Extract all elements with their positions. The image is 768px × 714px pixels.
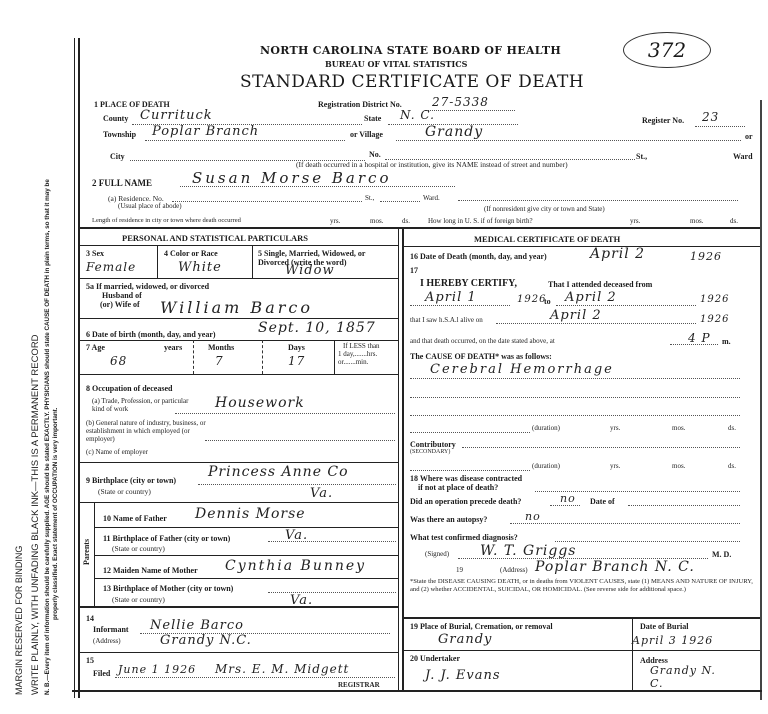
birthplace-label: 9 Birthplace (city or town) xyxy=(86,476,176,485)
duration-label: (duration) xyxy=(532,424,560,432)
row-divider xyxy=(80,340,398,341)
residence-ward-label: Ward. xyxy=(423,194,440,202)
duration-ds-label: ds. xyxy=(728,424,736,432)
marital-value: Widow xyxy=(285,263,335,278)
header-board: NORTH CAROLINA STATE BOARD OF HEALTH xyxy=(260,44,561,57)
certify-label: I HEREBY CERTIFY, xyxy=(420,278,517,289)
margin-note-text: N. B.—Every item of information should b… xyxy=(44,179,51,695)
frame-border-left-inner xyxy=(78,38,80,698)
contributory-label: Contributory xyxy=(410,440,456,449)
section-divider xyxy=(80,227,760,229)
bottom-border xyxy=(72,690,762,692)
sex-label: 3 Sex xyxy=(86,249,104,258)
filed-label: Filed xyxy=(93,669,110,678)
cell-divider xyxy=(252,245,253,278)
contracted-label: 18 Where was disease contracted xyxy=(410,474,522,483)
dob-label: 6 Date of birth (month, day, and year) xyxy=(86,330,216,339)
duration-yrs-label: yrs. xyxy=(610,424,620,432)
sex-value: Female xyxy=(86,260,136,274)
birthplace-state-label: (State or country) xyxy=(98,487,151,496)
margin-note-text-2: properly classified. Exact statement of … xyxy=(52,407,59,620)
age-months-label: Months xyxy=(208,343,234,352)
hospital-note: (If death occurred in a hospital or inst… xyxy=(296,160,568,169)
time-m-label: m. xyxy=(722,337,731,346)
race-label: 4 Color or Race xyxy=(164,249,218,258)
certify-text: That I attended deceased from xyxy=(548,280,652,289)
informant-value: Nellie Barco xyxy=(150,618,244,633)
ward-label: Ward xyxy=(733,152,753,161)
attended-from-value: April 1 xyxy=(425,290,477,305)
mother-label: 12 Maiden Name of Mother xyxy=(103,566,198,575)
age-label: 7 Age xyxy=(86,343,105,352)
burial-date-label: Date of Burial xyxy=(640,622,688,631)
column-divider-inner xyxy=(398,229,399,691)
certificate-number: 372 xyxy=(623,32,711,68)
informant-address-label: (Address) xyxy=(93,637,121,645)
full-name-value: Susan Morse Barco xyxy=(192,169,391,187)
undertaker-value: J. J. Evans xyxy=(425,668,501,683)
residence-sub-label: (Usual place of abode) xyxy=(118,202,182,210)
employer-label: (c) Name of employer xyxy=(86,448,148,456)
row-divider xyxy=(80,462,398,463)
row-divider xyxy=(80,278,398,279)
column-divider xyxy=(402,229,404,691)
margin-binding-text: MARGIN RESERVED FOR BINDING xyxy=(14,546,24,695)
contracted-label-2: if not at place of death? xyxy=(418,483,498,492)
st-label: St., xyxy=(636,152,647,161)
duration2-label: (duration) xyxy=(532,462,560,470)
cell-divider xyxy=(262,340,263,374)
state-label: State xyxy=(364,114,381,123)
cause-footnote: *State the DISEASE CAUSING DEATH, or in … xyxy=(410,578,755,594)
duration2-yrs-label: yrs. xyxy=(610,462,620,470)
row-divider xyxy=(94,578,398,579)
husband-of-label: Husband of xyxy=(102,291,142,300)
death-year-value: 1926 xyxy=(690,250,722,263)
cause-value: Cerebral Hemorrhage xyxy=(430,362,614,377)
occupation-value: Housework xyxy=(215,395,305,411)
occupation-a-label: (a) Trade, Profession, or particular kin… xyxy=(92,397,192,413)
birthplace-state-value: Va. xyxy=(310,486,333,501)
autopsy-value: no xyxy=(525,510,541,523)
informant-number: 14 xyxy=(86,614,94,623)
register-no-label: Register No. xyxy=(642,116,684,125)
age-months-value: 7 xyxy=(215,354,224,368)
binding-margin: MARGIN RESERVED FOR BINDING WRITE PLAINL… xyxy=(0,0,80,714)
cell-divider xyxy=(632,617,633,690)
registration-district-value: 27-5338 xyxy=(432,95,489,109)
occupation-b-label: (b) General nature of industry, business… xyxy=(86,419,206,443)
length-residence-label: Length of residence in city or town wher… xyxy=(92,217,241,224)
father-label: 10 Name of Father xyxy=(103,514,167,523)
state-value: N. C. xyxy=(400,108,435,122)
nonresident-note: (If nonresident give city or town and St… xyxy=(484,205,605,213)
informant-address-value: Grandy N.C. xyxy=(160,633,252,648)
cause-label: The CAUSE OF DEATH* was as follows: xyxy=(410,352,552,361)
length-mos-label: mos. xyxy=(370,217,383,225)
burial-place-label: 19 Place of Burial, Cremation, or remova… xyxy=(410,622,553,631)
test-label: What test confirmed diagnosis? xyxy=(410,533,518,542)
row-divider xyxy=(80,606,398,608)
foreign-mos-label: mos. xyxy=(690,217,703,225)
burial-place-value: Grandy xyxy=(438,632,492,647)
physician-date-19: 19 xyxy=(456,566,463,574)
row-divider xyxy=(80,245,398,246)
autopsy-label: Was there an autopsy? xyxy=(410,515,487,524)
burial-date-value: April 3 1926 xyxy=(632,634,713,647)
city-label: City xyxy=(110,152,125,161)
parents-divider xyxy=(94,502,95,606)
length-yrs-label: yrs. xyxy=(330,217,340,225)
foreign-birth-label: How long in U. S. if of foreign birth? xyxy=(428,217,533,225)
father-value: Dennis Morse xyxy=(195,506,306,522)
attended-from-year: 1926 xyxy=(517,294,546,305)
time-value: 4 P xyxy=(688,331,711,345)
physician-address-value: Poplar Branch N. C. xyxy=(535,559,695,575)
father-birthplace-sub-label: (State or country) xyxy=(112,544,165,553)
margin-write-plainly-text: WRITE PLAINLY, WITH UNFADING BLACK INK—T… xyxy=(30,334,41,695)
filed-number: 15 xyxy=(86,656,94,665)
wife-of-label: (or) Wife of xyxy=(100,300,140,309)
row-divider xyxy=(94,527,398,528)
row-divider xyxy=(80,652,398,653)
less-min-label: or.......min. xyxy=(338,358,368,366)
parents-label: Parents xyxy=(82,539,91,565)
foreign-ds-label: ds. xyxy=(730,217,738,225)
medical-section-title: MEDICAL CERTIFICATE OF DEATH xyxy=(474,234,620,244)
frame-border-left xyxy=(74,38,75,698)
race-value: White xyxy=(178,260,222,275)
residence-st-label: St., xyxy=(365,194,374,202)
signed-label: (Signed) xyxy=(425,550,449,558)
row-divider xyxy=(80,374,398,375)
age-days-label: Days xyxy=(288,343,305,352)
row-divider xyxy=(404,617,760,619)
saw-alive-value: April 2 xyxy=(550,308,602,323)
physician-address-label: (Address) xyxy=(500,566,528,574)
age-years-label: years xyxy=(164,343,182,352)
age-years-value: 68 xyxy=(110,354,127,368)
occupation-label: 8 Occupation of deceased xyxy=(86,384,172,393)
saw-alive-year: 1926 xyxy=(700,314,729,325)
registrar-value: Mrs. E. M. Midgett xyxy=(215,662,349,676)
spouse-label: 5a If married, widowed, or divorced xyxy=(86,282,209,291)
length-ds-label: ds. xyxy=(402,217,410,225)
cell-divider xyxy=(334,340,335,374)
less-hrs-label: 1 day,.......hrs. xyxy=(338,350,377,358)
township-label: Township xyxy=(103,130,136,139)
saw-alive-label: that I saw h.S.A.l alive on xyxy=(410,316,483,324)
filed-date-value: June 1 1926 xyxy=(118,663,196,676)
or-label: or xyxy=(745,132,753,141)
undertaker-address-value: Grandy N. C. xyxy=(650,664,730,690)
operation-value: no xyxy=(560,492,576,505)
row-divider xyxy=(80,318,398,319)
death-date-label: 16 Date of Death (month, day, and year) xyxy=(410,252,547,261)
county-label: County xyxy=(103,114,128,123)
item-17-label: 17 xyxy=(410,266,418,275)
attended-to-value: April 2 xyxy=(565,290,617,305)
register-no-value: 23 xyxy=(702,110,719,124)
secondary-label: (SECONDARY) xyxy=(410,449,450,455)
birthplace-city-value: Princess Anne Co xyxy=(208,464,349,480)
to-label: to xyxy=(544,297,551,306)
county-value: Currituck xyxy=(140,108,213,123)
father-birthplace-label: 11 Birthplace of Father (city or town) xyxy=(103,534,230,543)
duration2-mos-label: mos. xyxy=(672,462,685,470)
death-date-value: April 2 xyxy=(590,246,645,262)
mother-birthplace-sub-label: (State or country) xyxy=(112,595,165,604)
md-label: M. D. xyxy=(712,550,731,559)
undertaker-label: 20 Undertaker xyxy=(410,654,460,663)
physician-signature: W. T. Griggs xyxy=(480,543,577,559)
informant-label: Informant xyxy=(93,625,129,634)
header-bureau: BUREAU OF VITAL STATISTICS xyxy=(325,59,467,69)
operation-label: Did an operation precede death? xyxy=(410,497,521,506)
cell-divider xyxy=(157,245,158,278)
mother-value: Cynthia Bunney xyxy=(225,558,366,574)
registrar-label: REGISTRAR xyxy=(338,681,380,689)
less-than-label: If LESS than xyxy=(343,342,380,350)
village-label: or Village xyxy=(350,130,383,139)
full-name-label: 2 FULL NAME xyxy=(92,178,152,188)
dob-value: Sept. 10, 1857 xyxy=(258,320,376,336)
mother-birthplace-label: 13 Birthplace of Mother (city or town) xyxy=(103,584,233,593)
time-occurred-label: and that death occurred, on the date sta… xyxy=(410,337,555,345)
spouse-value: William Barco xyxy=(160,298,313,317)
row-divider xyxy=(80,502,398,503)
registration-district-label: Registration District No. xyxy=(318,100,402,109)
age-days-value: 17 xyxy=(288,354,305,368)
duration2-ds-label: ds. xyxy=(728,462,736,470)
operation-date-label: Date of xyxy=(590,497,615,506)
personal-section-title: PERSONAL AND STATISTICAL PARTICULARS xyxy=(122,233,308,243)
attended-to-year: 1926 xyxy=(700,294,729,305)
page-title: STANDARD CERTIFICATE OF DEATH xyxy=(240,72,584,92)
frame-border-right xyxy=(760,100,762,700)
duration-mos-label: mos. xyxy=(672,424,685,432)
no-label: No. xyxy=(369,150,381,159)
row-divider xyxy=(404,246,760,247)
row-divider xyxy=(94,555,398,556)
cell-divider xyxy=(193,340,194,374)
row-divider xyxy=(404,650,760,651)
township-value: Poplar Branch xyxy=(152,124,259,139)
village-value: Grandy xyxy=(425,124,483,140)
foreign-yrs-label: yrs. xyxy=(630,217,640,225)
